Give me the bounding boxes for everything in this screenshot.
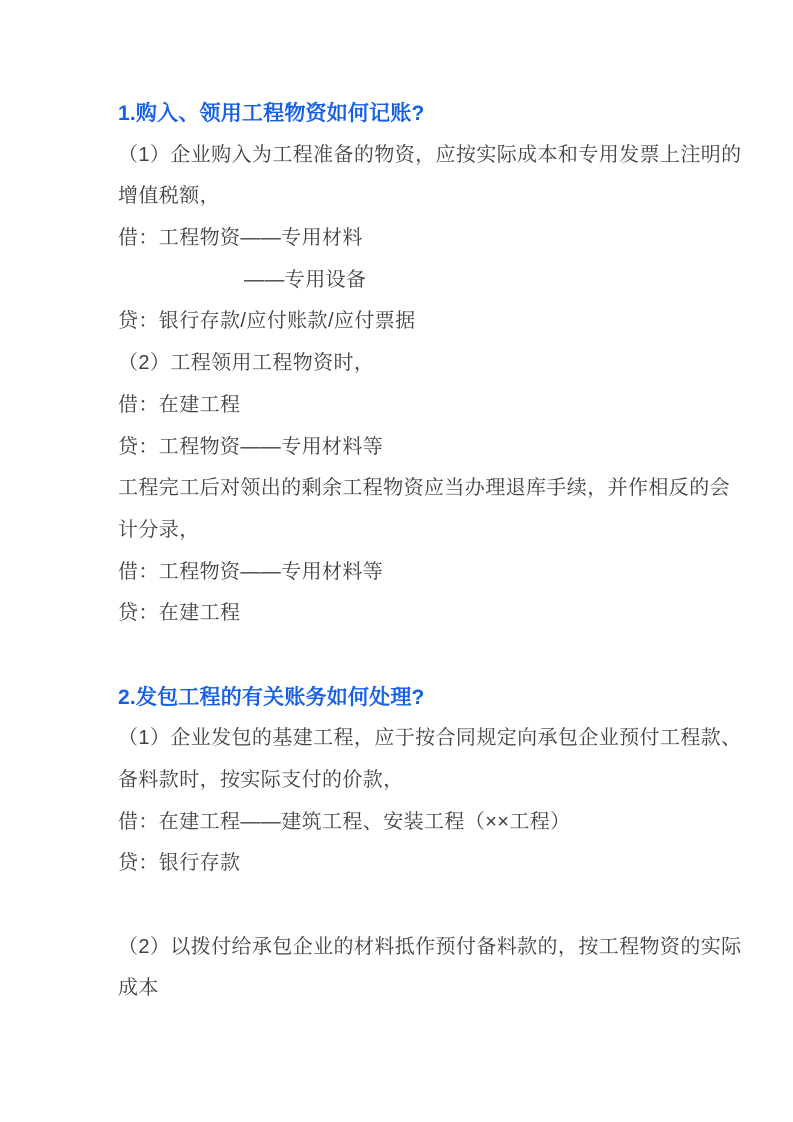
text-line: 贷：工程物资——专用材料等 — [118, 427, 698, 469]
text-line: （2）以拨付给承包企业的材料抵作预付备料款的，按工程物资的实际 — [118, 927, 698, 969]
text-line: 借：在建工程——建筑工程、安装工程（××工程） — [118, 802, 698, 844]
document-content: 1.购入、领用工程物资如何记账?（1）企业购入为工程准备的物资，应按实际成本和专… — [118, 93, 698, 1010]
text-line: 成本 — [118, 968, 698, 1010]
text-line: 计分录， — [118, 510, 698, 552]
section-2-heading: 2.发包工程的有关账务如何处理? — [118, 677, 698, 719]
text-line: 贷：银行存款/应付账款/应付票据 — [118, 301, 698, 343]
text-line: 贷：在建工程 — [118, 593, 698, 635]
document-page: 1.购入、领用工程物资如何记账?（1）企业购入为工程准备的物资，应按实际成本和专… — [0, 0, 793, 1122]
text-line: 借：在建工程 — [118, 385, 698, 427]
text-line: （2）工程领用工程物资时， — [118, 343, 698, 385]
text-line: （1）企业发包的基建工程，应于按合同规定向承包企业预付工程款、 — [118, 718, 698, 760]
text-line: 备料款时，按实际支付的价款， — [118, 760, 698, 802]
blank-line — [118, 885, 698, 927]
blank-line — [118, 635, 698, 677]
text-line: 增值税额， — [118, 176, 698, 218]
text-line: （1）企业购入为工程准备的物资，应按实际成本和专用发票上注明的 — [118, 135, 698, 177]
text-line: 工程完工后对领出的剩余工程物资应当办理退库手续，并作相反的会 — [118, 468, 698, 510]
section-1-heading: 1.购入、领用工程物资如何记账? — [118, 93, 698, 135]
text-line: 借：工程物资——专用材料 — [118, 218, 698, 260]
text-line: 贷：银行存款 — [118, 843, 698, 885]
text-line: 借：工程物资——专用材料等 — [118, 552, 698, 594]
text-line: ——专用设备 — [118, 260, 698, 302]
